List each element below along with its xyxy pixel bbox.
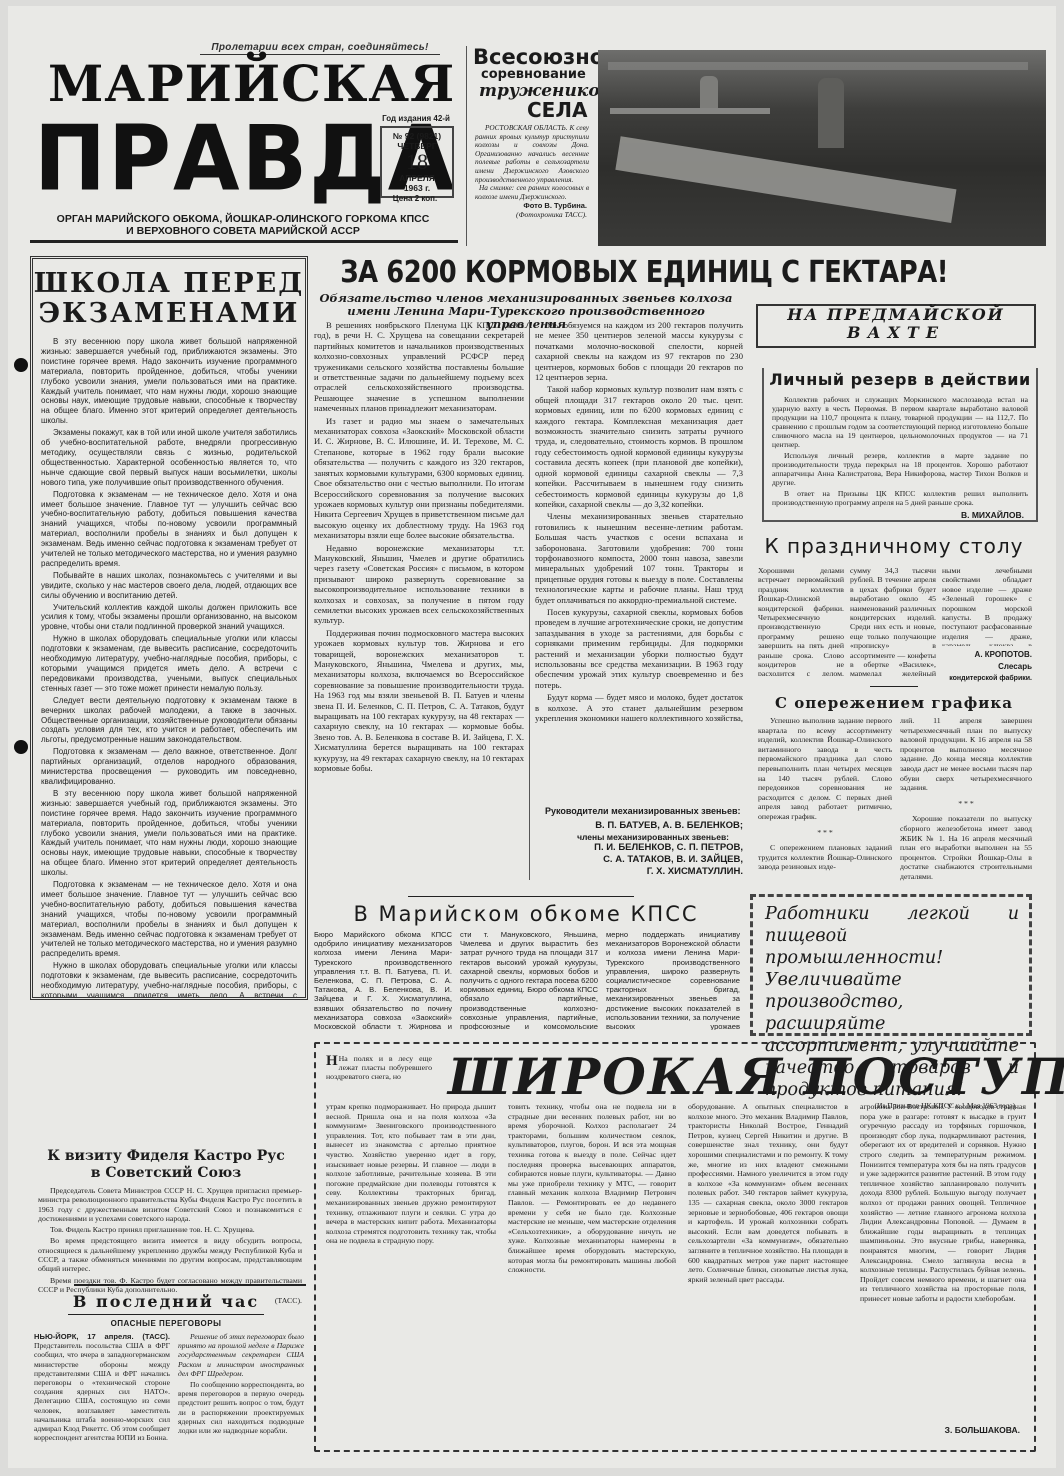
last-hour-title: В последний час <box>30 1292 302 1311</box>
schedule-col1: Успешно выполнив задание первого квартал… <box>758 716 892 874</box>
last-hour-rule-bottom <box>68 1314 264 1315</box>
organ-statement: ОРГАН МАРИЙСКОГО ОБКОМА, ЙОШКАР-ОЛИНСКОГ… <box>38 213 448 237</box>
spring-lead: ННа полях и в лесу еще лежат пласты побу… <box>326 1054 432 1082</box>
school-title-line2: ЭКЗАМЕНАМИ <box>33 299 305 329</box>
castro-title-line1: К визиту Фиделя Кастро Рус <box>30 1148 302 1165</box>
main-article-col2: Мы обязуемся на каждом из 200 гектаров п… <box>535 320 743 725</box>
month: АПРЕЛЯ <box>384 173 450 183</box>
members-line2: С. А. ТАТАКОВ, В. И. ЗАЙЦЕВ, <box>535 854 743 866</box>
competition-box: Всесоюзное соревнование тружеников села … <box>466 46 593 246</box>
day: 18 <box>384 151 450 173</box>
paragraph: Председатель Совета Министров СССР Н. С.… <box>38 1186 302 1223</box>
paragraph: Решение об этих переговорах было принято… <box>178 1332 304 1378</box>
spring-col2: товить технику, чтобы она не подвела ни … <box>508 1102 676 1442</box>
date-box: № 92 (9821) ЧЕТВЕРГ 18 АПРЕЛЯ 1963 г. <box>380 126 454 198</box>
author: А. КРОПОТОВ. <box>942 649 1032 661</box>
castro-body: Председатель Совета Министров СССР Н. С.… <box>38 1186 302 1306</box>
author-role: Слесарь <box>942 661 1032 673</box>
photo-agency: (Фотохроника ТАСС). <box>467 210 587 219</box>
paragraph: Посев кукурузы, сахарной свеклы, кормовы… <box>535 607 743 690</box>
spring-col1: утрам крепко подмораживает. Но природа д… <box>326 1102 496 1442</box>
school-title-line1: ШКОЛА ПЕРЕД <box>33 269 305 299</box>
separator: * * * <box>900 799 1032 809</box>
paragraph: Подготовка к экзаменам — не техническое … <box>41 490 297 569</box>
paragraph: Побывайте в наших школах, познакомьтесь … <box>41 571 297 601</box>
last-hour-col2: Решение об этих переговорах было принято… <box>178 1332 304 1437</box>
paragraph: Подготовка к экзаменам — дело важное, от… <box>41 747 297 787</box>
paragraph: лий. 11 апреля завершен четырехмесячный … <box>900 716 1032 793</box>
main-headline: ЗА 6200 КОРМОВЫХ ЕДИНИЦ С ГЕКТАРА! <box>340 256 712 290</box>
paragraph: Будут корма — будет мясо и молоко, будет… <box>535 692 743 725</box>
newspaper-page: Пролетарии всех стран, соединяйтесь! МАР… <box>8 6 1056 1468</box>
paragraph: В эту весеннюю пору школа живет большой … <box>41 337 297 426</box>
members-label: члены механизированных звеньев: <box>535 832 729 842</box>
spring-headline: ШИРОКАЯ ПОСТУПЬ ВЕСНЫ <box>448 1050 1064 1104</box>
obkom-col2: сти т. Мануковского, Яньшина, Чмелева и … <box>460 930 598 1030</box>
personal-reserve-article: Личный резерв в действии Коллектив рабоч… <box>762 368 1038 522</box>
banner-line1: НА ПРЕДМАЙСКОЙ <box>758 306 1034 324</box>
leaders-names: В. П. БАТУЕВ, А. В. БЕЛЕНКОВ; <box>535 820 743 832</box>
spring-col3: оборудование. А опытных специалистов в к… <box>688 1102 848 1442</box>
holiday-table-title: К праздничному столу <box>756 534 1032 558</box>
paragraph: Успешно выполнив задание первого квартал… <box>758 716 892 822</box>
issue-number: № 92 (9821) <box>384 131 450 141</box>
main-article-signatures: Руководители механизированных звеньев: В… <box>535 806 743 878</box>
members-line3: Г. Х. ХИСМАТУЛЛИН. <box>535 866 743 878</box>
column-rule <box>529 320 530 880</box>
last-hour-subtitle: ОПАСНЫЕ ПЕРЕГОВОРЫ <box>30 1319 302 1328</box>
divider <box>870 686 918 687</box>
school-body: В эту весеннюю пору школа живет большой … <box>41 337 297 997</box>
paragraph: Поддерживая почин подмосковного мастера … <box>314 628 524 774</box>
personal-reserve-body: Коллектив рабочих и служащих Моркинского… <box>772 395 1028 509</box>
photo-caption: РОСТОВСКАЯ ОБЛАСТЬ. К севу ранних яровых… <box>475 124 589 201</box>
paragraph: Тов. Фидель Кастро принял приглашение то… <box>38 1225 302 1234</box>
obkom-col3: мерно поддержать инициативу механизаторо… <box>606 930 740 1030</box>
organ-line-1: ОРГАН МАРИЙСКОГО ОБКОМА, ЙОШКАР-ОЛИНСКОГ… <box>38 213 448 225</box>
paragraph: По сообщению корреспондента, во время пе… <box>178 1380 304 1435</box>
castro-title: К визиту Фиделя Кастро Рус в Советский С… <box>30 1148 302 1182</box>
schedule-col2: лий. 11 апреля завершен четырехмесячный … <box>900 716 1032 884</box>
ahead-of-schedule-title: С опережением графика <box>756 694 1032 712</box>
paragraph: В ответ на Призывы ЦК КПСС коллектив реш… <box>772 489 1028 507</box>
author-workplace: кондитерской фабрики. <box>942 673 1032 685</box>
separator: * * * <box>758 828 892 838</box>
paragraph: Хорошие показатели по выпуску сборного ж… <box>900 814 1032 881</box>
holiday-col3: ными лечебными свойствами обладает новое… <box>942 566 1032 646</box>
year: 1963 г. <box>384 183 450 193</box>
spring-author: З. БОЛЬШАКОВА. <box>860 1424 1020 1436</box>
school-title: ШКОЛА ПЕРЕД ЭКЗАМЕНАМИ <box>33 269 305 329</box>
paragraph: Члены механизированных звеньев старатель… <box>535 511 743 605</box>
competition-line1: Всесоюзное <box>473 46 593 68</box>
dateline: НЬЮ-ЙОРК, 17 апреля. (ТАСС). <box>34 1332 170 1341</box>
sowing-photo <box>598 50 1046 246</box>
paragraph: С опережением плановых заданий трудится … <box>758 843 892 872</box>
masthead-title-line2: ПРАВДА <box>34 114 374 204</box>
paragraph: Следует вести деятельную подготовку к эк… <box>41 696 297 746</box>
personal-reserve-title: Личный резерв в действии <box>764 370 1036 389</box>
paragraph: Представитель посольства США в ФРГ сообщ… <box>34 1341 170 1442</box>
holiday-col2: сумму 34,3 тысячи рублей. В течение апре… <box>850 566 936 676</box>
members-line1: П. И. БЕЛЕНКОВ, С. П. ПЕТРОВ, <box>535 842 743 854</box>
paragraph: Нужно в школах оборудовать специальные у… <box>41 634 297 693</box>
paragraph: В решениях ноябрьского Пленума ЦК КПСС (… <box>314 320 524 414</box>
spring-col4: агронома Зои Востровой. У овощеводов стр… <box>860 1102 1026 1424</box>
paragraph: Мы обязуемся на каждом из 200 гектаров п… <box>535 320 743 382</box>
last-hour-col1: НЬЮ-ЙОРК, 17 апреля. (ТАСС). Представите… <box>34 1332 170 1442</box>
last-hour-rule-top <box>74 1284 306 1286</box>
paragraph: Недавно воронежские механизаторы т.т. Ма… <box>314 543 524 626</box>
paragraph: Из газет и радио мы знаем о замечательны… <box>314 416 524 541</box>
masthead-rule <box>30 240 458 243</box>
paragraph: Такой набор кормовых культур позволит на… <box>535 384 743 509</box>
paragraph: Подготовка к экзаменам — не техническое … <box>41 880 297 959</box>
obkom-title: В Марийском обкоме КПСС <box>310 902 742 926</box>
photo-note: На снимке: сев ранних колосовых в колхоз… <box>475 184 589 201</box>
castro-title-line2: в Советский Союз <box>30 1165 302 1182</box>
organ-line-2: И ВЕРХОВНОГО СОВЕТА МАРИЙСКОЙ АССР <box>38 225 448 237</box>
caption-text: РОСТОВСКАЯ ОБЛАСТЬ. К севу ранних яровых… <box>475 123 589 184</box>
appeal-box: Работники легкой и пищевой промышленност… <box>750 894 1032 1036</box>
pre-may-banner: НА ПРЕДМАЙСКОЙ ВАХТЕ <box>756 304 1036 348</box>
masthead-title-line1: МАРИЙСКАЯ <box>48 58 448 110</box>
paragraph: Используя личный резерв, коллектив в мар… <box>772 451 1028 487</box>
banner-line2: ВАХТЕ <box>758 324 1034 342</box>
punch-hole <box>14 358 28 372</box>
school-article: ШКОЛА ПЕРЕД ЭКЗАМЕНАМИ В эту весеннюю по… <box>30 256 308 1000</box>
paragraph: Учительский коллектив каждой школы долже… <box>41 603 297 633</box>
price: Цена 2 коп. <box>380 194 450 203</box>
obkom-col1: Бюро Марийского обкома КПСС одобрило ини… <box>314 930 452 1030</box>
obkom-rule <box>408 896 634 897</box>
punch-hole <box>14 740 28 754</box>
year-of-publication: Год издания 42-й <box>378 114 454 123</box>
paragraph: Во время предстоящего визита имеется в в… <box>38 1236 302 1273</box>
leaders-label: Руководители механизированных звеньев: <box>545 806 743 816</box>
competition-line2: соревнование <box>481 68 593 82</box>
holiday-author: А. КРОПОТОВ. Слесарь кондитерской фабрик… <box>942 649 1032 685</box>
paragraph: В эту весеннюю пору школа живет большой … <box>41 789 297 878</box>
main-article-col1: В решениях ноябрьского Пленума ЦК КПСС (… <box>314 320 524 880</box>
paragraph: Коллектив рабочих и служащих Моркинского… <box>772 395 1028 449</box>
lead-text: На полях и в лесу еще лежат пласты побур… <box>326 1054 432 1081</box>
paragraph: Экзамены покажут, как в той или иной шко… <box>41 428 297 487</box>
paragraph: Нужно в школах оборудовать специальные у… <box>41 961 297 997</box>
author: В. МИХАЙЛОВ. <box>764 509 1024 521</box>
holiday-col1: Хорошими делами встречает первомайский п… <box>758 566 844 676</box>
competition-line4: села <box>527 100 593 120</box>
photo-credit: Фото В. Турбина. <box>467 201 587 210</box>
